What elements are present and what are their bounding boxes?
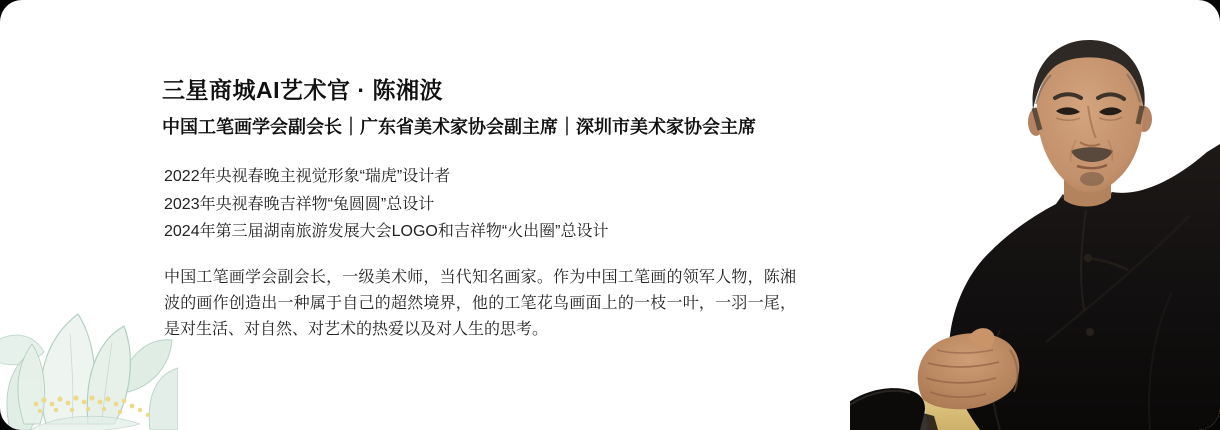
lotus-watercolor-decoration xyxy=(0,282,178,430)
achievement-list: 2022年央视春晚主视觉形象“瑞虎”设计者 2023年央视春晚吉祥物“兔圆圆”总… xyxy=(164,163,609,246)
chair-armrest xyxy=(850,388,925,430)
face xyxy=(1028,40,1152,193)
profile-subtitle-titles: 中国工笔画学会副会长｜广东省美术家协会副主席｜深圳市美术家协会主席 xyxy=(162,115,756,139)
frog-button xyxy=(1086,328,1094,336)
achievement-item: 2022年央视春晚主视觉形象“瑞虎”设计者 xyxy=(164,163,609,191)
achievement-item: 2024年第三届湖南旅游发展大会LOGO和吉祥物“火出圈”总设计 xyxy=(164,218,609,246)
biography-paragraph: 中国工笔画学会副会长，一级美术师，当代知名画家。作为中国工笔画的领军人物，陈湘波… xyxy=(164,265,796,343)
profile-card: 三星商城AI艺术官 · 陈湘波 中国工笔画学会副会长｜广东省美术家协会副主席｜深… xyxy=(0,0,1220,430)
achievement-item: 2023年央视春晚吉祥物“兔圆圆”总设计 xyxy=(164,191,609,219)
page-title: 三星商城AI艺术官 · 陈湘波 xyxy=(162,76,443,104)
portrait-photo xyxy=(850,0,1220,430)
